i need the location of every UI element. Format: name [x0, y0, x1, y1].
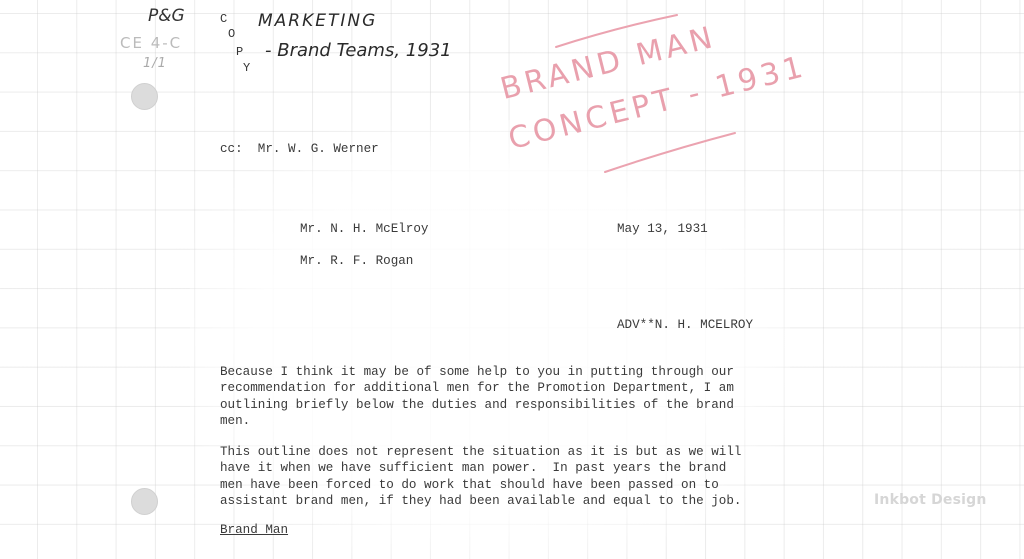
- hole-punch-bottom: [131, 488, 158, 515]
- copy-stamp-letter: C: [220, 12, 227, 26]
- recipient: Mr. R. F. Rogan: [300, 253, 413, 269]
- copy-stamp-letter: P: [236, 45, 243, 59]
- handwritten-company-mark: P&G: [148, 6, 185, 26]
- recipient: Mr. N. H. McElroy: [300, 221, 428, 237]
- handwritten-topic: MARKETING: [258, 11, 377, 31]
- reference-line: ADV**N. H. MCELROY: [617, 317, 753, 333]
- hole-punch-top: [131, 83, 158, 110]
- letter-date: May 13, 1931: [617, 221, 708, 237]
- handwritten-filing-code: CE 4-C: [120, 34, 182, 52]
- section-heading: Brand Man: [220, 522, 288, 538]
- watermark: Inkbot Design: [874, 492, 987, 508]
- copy-stamp-letter: O: [228, 27, 235, 41]
- copy-stamp-letter: Y: [243, 61, 250, 75]
- body-paragraph: Because I think it may be of some help t…: [220, 364, 734, 430]
- handwritten-page-mark: 1/1: [143, 56, 167, 71]
- handwritten-subtitle: - Brand Teams, 1931: [265, 40, 452, 61]
- body-paragraph: This outline does not represent the situ…: [220, 444, 741, 510]
- cc-line: cc: Mr. W. G. Werner: [220, 141, 379, 157]
